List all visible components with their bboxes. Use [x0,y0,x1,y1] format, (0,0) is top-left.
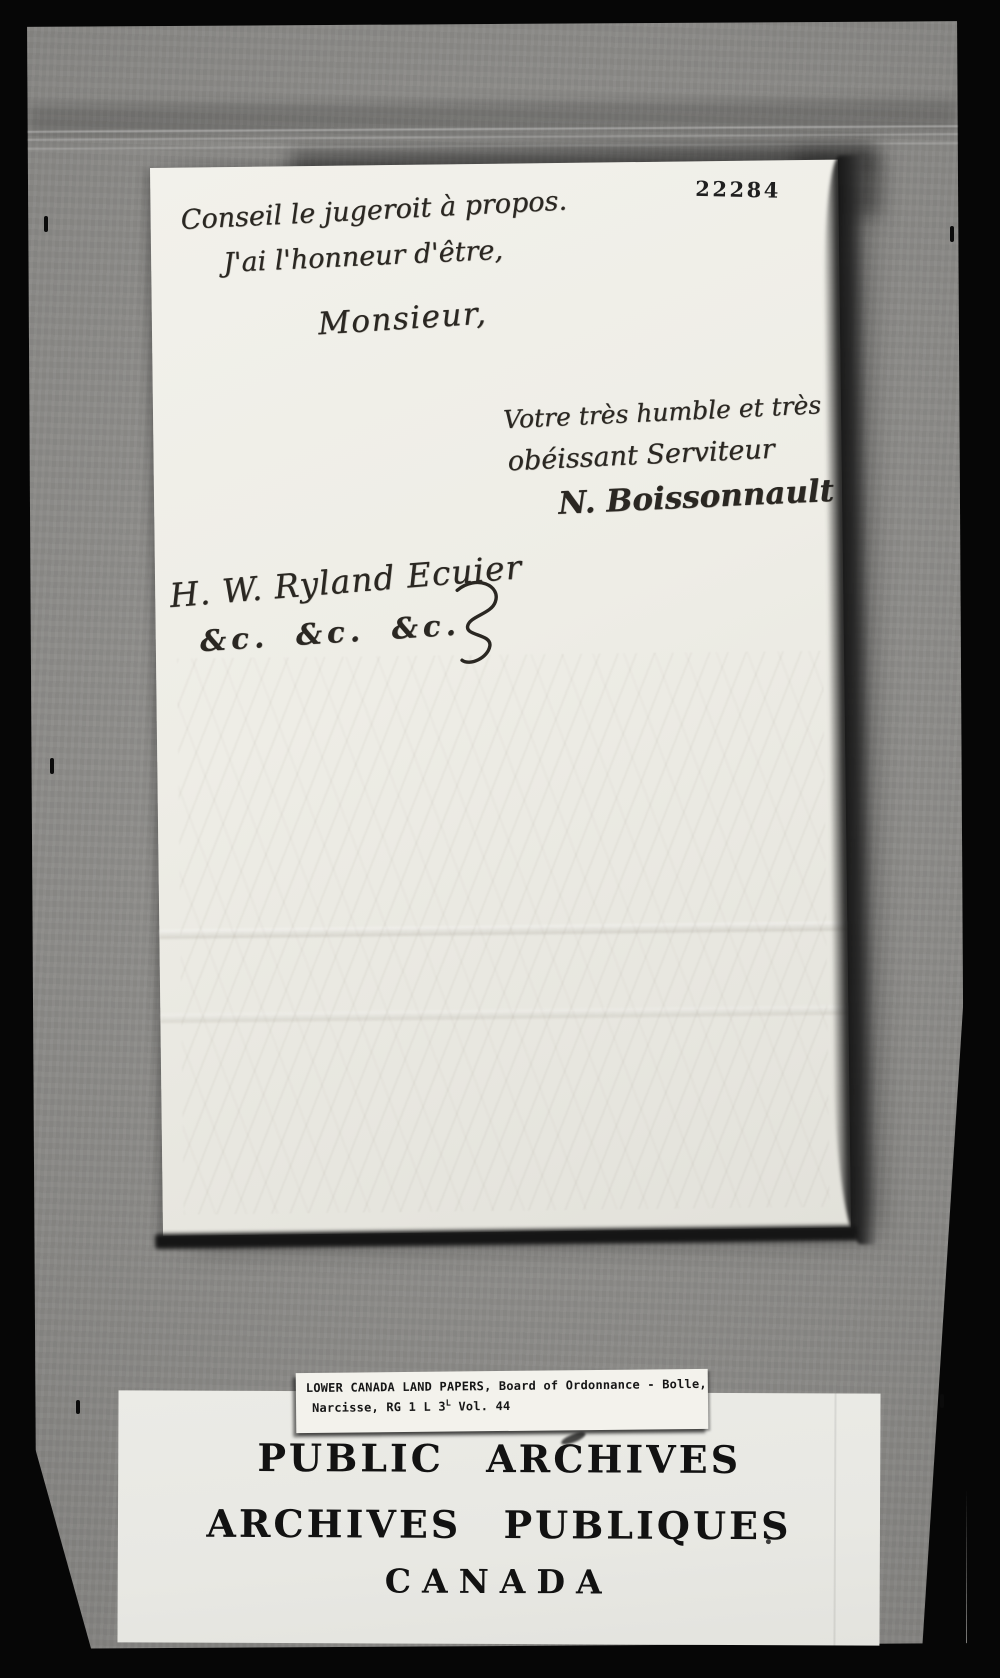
handwritten-line: J'ai l'honneur d'être, [223,235,504,279]
letter-page: 22284 Conseil le jugeroit à propos. J'ai… [150,160,851,1236]
folio-number-stamp: 22284 [695,176,781,203]
microfilm-document-scan: 22284 Conseil le jugeroit à propos. J'ai… [0,0,1000,1678]
film-registration-mark [44,216,48,232]
handwritten-line: Conseil le jugeroit à propos. [180,186,568,237]
archives-country: CANADA [118,1560,880,1602]
handwritten-signature: N. Boissonnault [557,473,834,522]
handwritten-salutation: Monsieur, [317,296,488,343]
handwritten-closing: obéissant Serviteur [507,434,775,478]
paper-crease [160,1006,848,1023]
handwritten-etcetera: &c. &c. &c. [199,607,462,658]
film-registration-mark [950,226,954,242]
archives-title-english: PUBLIC ARCHIVES [118,1434,880,1482]
film-registration-mark [76,1400,80,1414]
catalogue-ref-prefix: Narcisse, RG 1 L 3 [312,1400,446,1415]
film-registration-mark [940,1394,944,1408]
flourish-curl-icon [451,580,504,669]
handwritten-closing: Votre très humble et très [503,390,822,434]
catalogue-ref-suffix: Vol. 44 [451,1399,511,1414]
catalogue-label-line2: Narcisse, RG 1 L 3L Vol. 44 [306,1393,700,1417]
film-registration-mark [50,758,54,774]
paper-crease [159,922,847,939]
catalogue-label: LOWER CANADA LAND PAPERS, Board of Ordon… [296,1369,709,1433]
print-speck [766,1539,771,1544]
